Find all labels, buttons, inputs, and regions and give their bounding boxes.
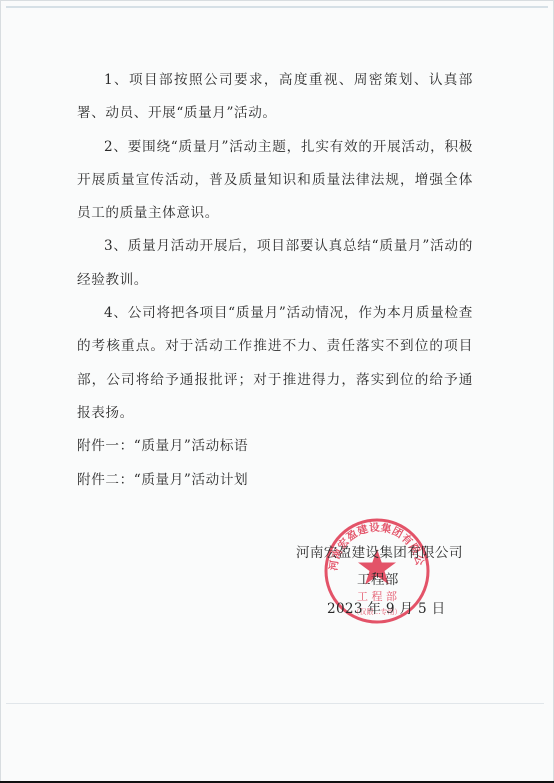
attachment-2: 附件二：“质量月”活动计划	[77, 464, 473, 497]
signature-company: 河南宏盈建设集团有限公司	[296, 538, 463, 568]
paragraph-4: 4、公司将把各项目“质量月”活动情况，作为本月质量检查的考核重点。对于活动工作推…	[77, 297, 473, 430]
signature-date: 2023 年 9 月 5 日	[327, 594, 445, 624]
signature-department: 工程部	[357, 565, 399, 595]
scan-bottom-rule	[6, 703, 544, 704]
document-body: 1、项目部按照公司要求，高度重视、周密策划、认真部署、动员、开展“质量月”活动。…	[77, 64, 473, 497]
scan-top-rule	[6, 6, 548, 8]
paragraph-2: 2、要围绕“质量月”活动主题，扎实有效的开展活动，积极开展质量宣传活动，普及质量…	[77, 131, 473, 231]
paragraph-1: 1、项目部按照公司要求，高度重视、周密策划、认真部署、动员、开展“质量月”活动。	[77, 64, 473, 131]
paragraph-3: 3、质量月活动开展后，项目部要认真总结“质量月”活动的经验教训。	[77, 230, 473, 297]
attachment-1: 附件一：“质量月”活动标语	[77, 430, 473, 463]
